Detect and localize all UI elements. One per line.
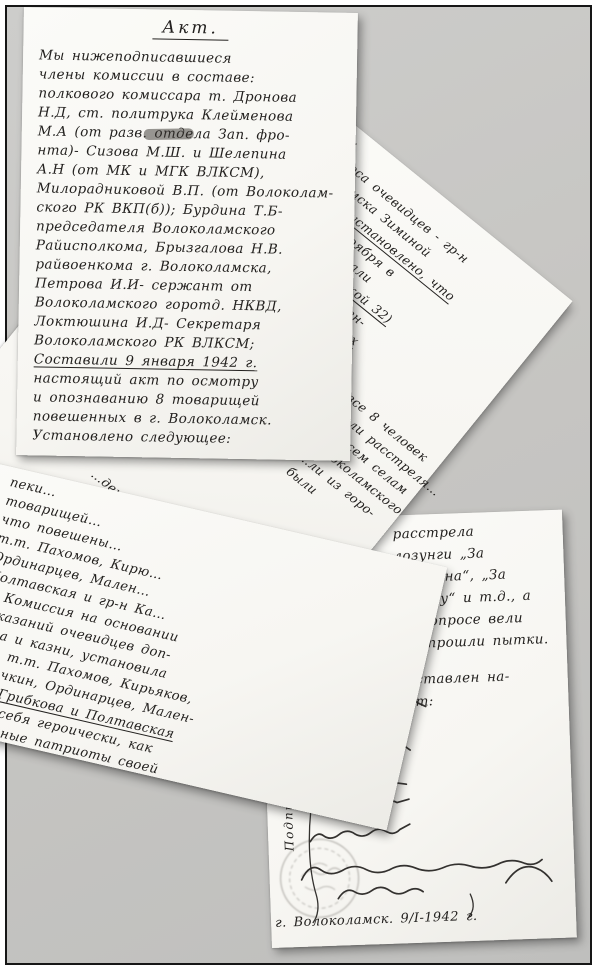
document-title: Акт. (152, 17, 229, 40)
signature-scribble (301, 860, 542, 880)
page-1: Акт. Мы нижеподписавшиеся члены комиссии… (16, 7, 358, 461)
page-1-text: Мы нижеподписавшиеся члены комиссии в со… (16, 46, 357, 451)
ink-blot (144, 128, 194, 140)
handwriting-line: Установлено следующее: (32, 426, 344, 450)
signature-scribble (505, 866, 552, 883)
signature-scribble (338, 886, 423, 899)
scanned-photo: расстрела лозунги „За Сталина“, „За Роди… (0, 0, 597, 972)
